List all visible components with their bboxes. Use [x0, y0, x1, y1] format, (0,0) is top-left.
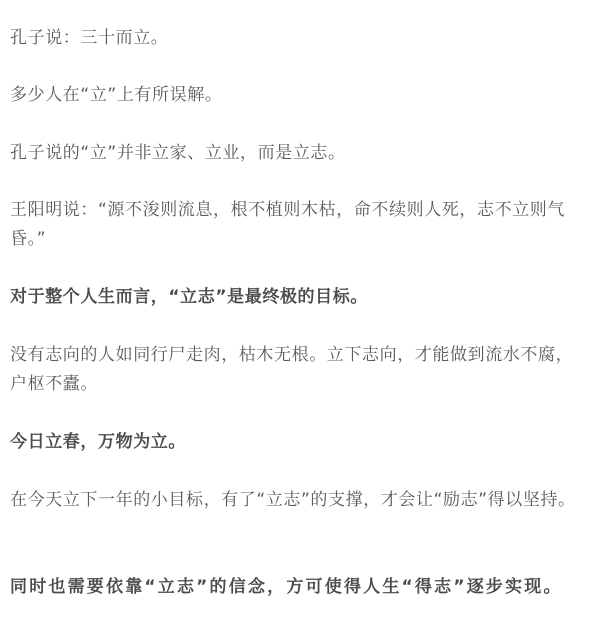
paragraph-meaning-of-li: 孔子说的“立”并非立家、立业，而是立志。 [10, 139, 578, 168]
paragraph-ultimate-goal: 对于整个人生而言，“立志”是最终极的目标。 [10, 283, 578, 312]
paragraph-wang-yangming-quote: 王阳明说：“源不浚则流息，根不植则木枯，命不续则人死，志不立则气昏。” [10, 196, 578, 254]
paragraph-new-year-goal: 在今天立下一年的小目标，有了“立志”的支撑，才会让“励志”得以坚持。 [10, 486, 578, 515]
paragraph-confucius-thirty: 孔子说：三十而立。 [10, 24, 578, 53]
article-body: 孔子说：三十而立。 多少人在“立”上有所误解。 孔子说的“立”并非立家、立业，而… [0, 0, 599, 638]
paragraph-without-ambition: 没有志向的人如同行尸走肉，枯木无根。立下志向，才能做到流水不腐，户枢不蠹。 [10, 341, 578, 399]
paragraph-achieve-ambition: 同时也需要依靠“立志”的信念，方可使得人生“得志”逐步实现。 [10, 573, 578, 602]
paragraph-start-of-spring: 今日立春，万物为立。 [10, 428, 578, 457]
paragraph-misunderstanding: 多少人在“立”上有所误解。 [10, 81, 578, 110]
